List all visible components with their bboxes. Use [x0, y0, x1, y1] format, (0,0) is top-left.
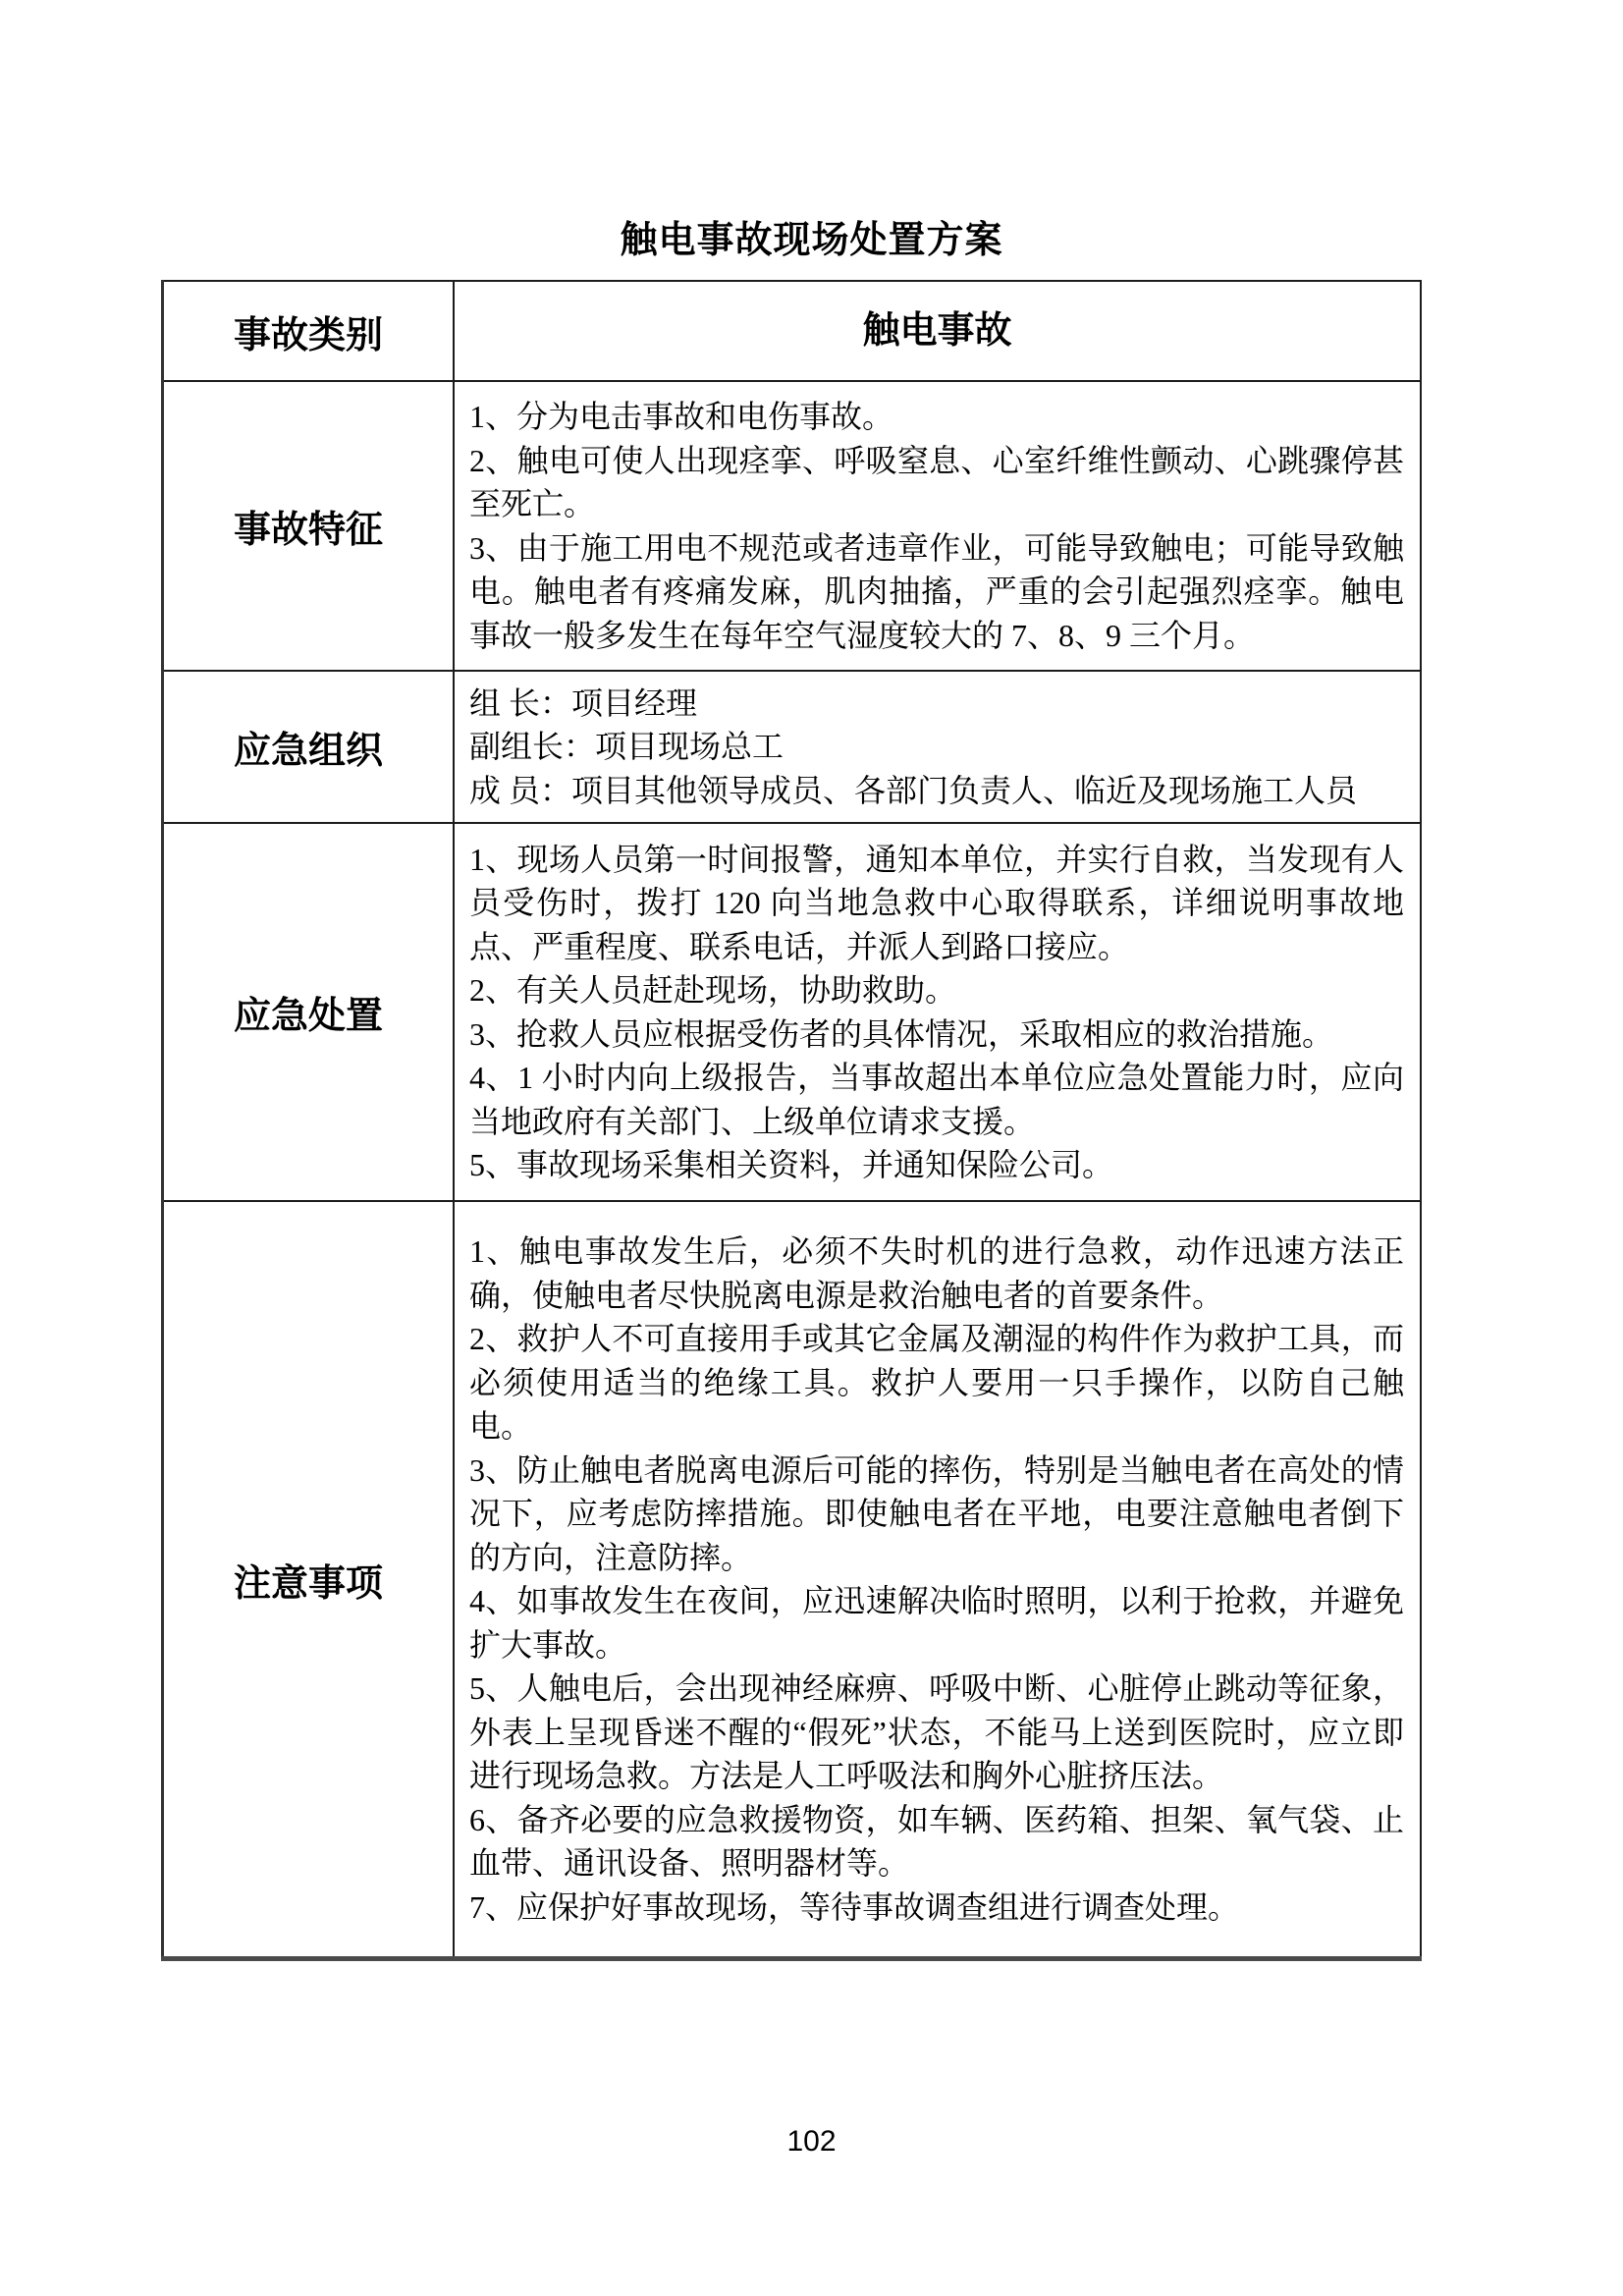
table-row-precautions: 注意事项 1、触电事故发生后，必须不失时机的进行急救，动作迅速方法正确，使触电者…: [163, 1201, 1422, 1959]
row-label-emergency-response: 应急处置: [163, 823, 455, 1201]
paragraph: 成 员：项目其他领导成员、各部门负责人、临近及现场施工人员: [469, 769, 1404, 813]
paragraph: 3、由于施工用电不规范或者违章作业，可能导致触电；可能导致触电。触电者有疼痛发麻…: [469, 526, 1404, 658]
page-title: 触电事故现场处置方案: [0, 209, 1623, 263]
paragraph: 副组长：项目现场总工: [469, 725, 1404, 769]
paragraph: 2、有关人员赶赴现场，协助救助。: [469, 968, 1404, 1012]
paragraph: 2、触电可使人出现痉挛、呼吸窒息、心室纤维性颤动、心跳骤停甚至死亡。: [469, 439, 1404, 526]
row-content-emergency-response: 1、现场人员第一时间报警，通知本单位，并实行自救，当发现有人员受伤时，拨打 12…: [454, 823, 1421, 1201]
table-row-emergency-response: 应急处置 1、现场人员第一时间报警，通知本单位，并实行自救，当发现有人员受伤时，…: [163, 823, 1422, 1201]
row-content-accident-features: 1、分为电击事故和电伤事故。2、触电可使人出现痉挛、呼吸窒息、心室纤维性颤动、心…: [454, 381, 1421, 671]
header-cell-accident-category: 事故类别: [163, 281, 455, 381]
document-page: 触电事故现场处置方案 事故类别 触电事故 事故特征 1、分为电击事故和电伤事故。…: [0, 0, 1623, 2296]
paragraph: 1、现场人员第一时间报警，通知本单位，并实行自救，当发现有人员受伤时，拨打 12…: [469, 838, 1404, 969]
row-content-emergency-organization: 组 长：项目经理副组长：项目现场总工成 员：项目其他领导成员、各部门负责人、临近…: [454, 671, 1421, 823]
page-number: 102: [0, 2125, 1623, 2159]
paragraph: 7、应保护好事故现场，等待事故调查组进行调查处理。: [469, 1886, 1404, 1930]
paragraph: 5、事故现场采集相关资料，并通知保险公司。: [469, 1143, 1404, 1187]
row-label-emergency-organization: 应急组织: [163, 671, 455, 823]
row-label-accident-features: 事故特征: [163, 381, 455, 671]
paragraph: 1、触电事故发生后，必须不失时机的进行急救，动作迅速方法正确，使触电者尽快脱离电…: [469, 1230, 1404, 1317]
header-cell-accident-type: 触电事故: [454, 281, 1421, 381]
paragraph: 3、抢救人员应根据受伤者的具体情况，采取相应的救治措施。: [469, 1012, 1404, 1057]
paragraph: 3、防止触电者脱离电源后可能的摔伤，特别是当触电者在高处的情况下，应考虑防摔措施…: [469, 1449, 1404, 1580]
paragraph: 1、分为电击事故和电伤事故。: [469, 395, 1404, 439]
row-label-precautions: 注意事项: [163, 1201, 455, 1959]
accident-plan-table: 事故类别 触电事故 事故特征 1、分为电击事故和电伤事故。2、触电可使人出现痉挛…: [161, 280, 1422, 1961]
paragraph: 4、如事故发生在夜间，应迅速解决临时照明，以利于抢救，并避免扩大事故。: [469, 1579, 1404, 1667]
row-content-precautions: 1、触电事故发生后，必须不失时机的进行急救，动作迅速方法正确，使触电者尽快脱离电…: [454, 1201, 1421, 1959]
table-header-row: 事故类别 触电事故: [163, 281, 1422, 381]
paragraph: 4、1 小时内向上级报告，当事故超出本单位应急处置能力时，应向当地政府有关部门、…: [469, 1056, 1404, 1143]
table-row-accident-features: 事故特征 1、分为电击事故和电伤事故。2、触电可使人出现痉挛、呼吸窒息、心室纤维…: [163, 381, 1422, 671]
paragraph: 6、备齐必要的应急救援物资，如车辆、医药箱、担架、氧气袋、止血带、通讯设备、照明…: [469, 1798, 1404, 1886]
paragraph: 5、人触电后，会出现神经麻痹、呼吸中断、心脏停止跳动等征象，外表上呈现昏迷不醒的…: [469, 1667, 1404, 1798]
paragraph: 2、救护人不可直接用手或其它金属及潮湿的构件作为救护工具，而必须使用适当的绝缘工…: [469, 1317, 1404, 1449]
table-row-emergency-organization: 应急组织 组 长：项目经理副组长：项目现场总工成 员：项目其他领导成员、各部门负…: [163, 671, 1422, 823]
paragraph: 组 长：项目经理: [469, 682, 1404, 726]
